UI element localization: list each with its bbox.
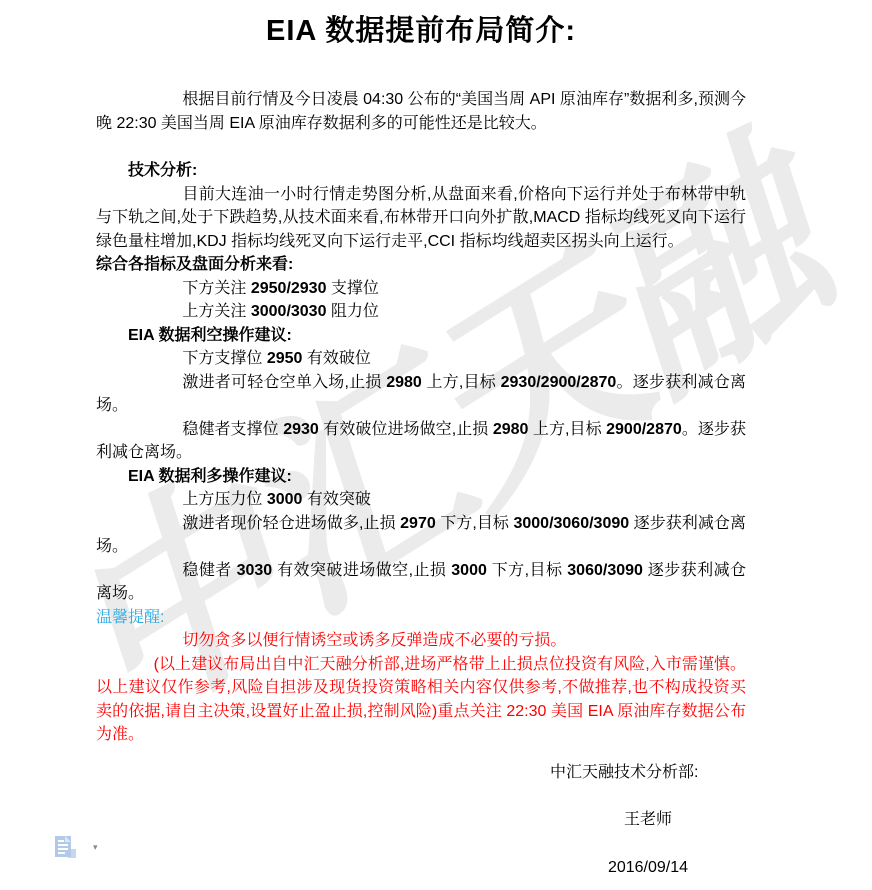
technical-analysis-paragraph: 目前大连油一小时行情走势图分析,从盘面来看,价格向下运行并处于布林带中轨与下轨之…	[96, 183, 746, 254]
bullish-conservative-advice: 稳健者 3030 有效突破进场做空,止损 3000 下方,目标 3060/309…	[96, 559, 746, 606]
paste-options-button[interactable]: ▾	[55, 836, 98, 865]
resistance-level-line: 上方关注 3000/3030 阻力位	[96, 300, 746, 324]
support-level-line: 下方关注 2950/2930 支撑位	[96, 277, 746, 301]
bullish-breakout-line: 上方压力位 3000 有效突破	[96, 488, 746, 512]
document-content: EIA 数据提前布局简介: 根据目前行情及今日凌晨 04:30 公布的“美国当周…	[96, 6, 746, 879]
section-heading-bullish: EIA 数据利多操作建议:	[96, 465, 746, 489]
paste-options-dropdown-icon[interactable]: ▾	[93, 843, 98, 852]
section-heading-technical: 技术分析:	[96, 159, 746, 183]
bearish-aggressive-advice: 激进者可轻仓空单入场,止损 2980 上方,目标 2930/2900/2870。…	[96, 371, 746, 418]
bullish-aggressive-advice: 激进者现价轻仓进场做多,止损 2970 下方,目标 3000/3060/3090…	[96, 512, 746, 559]
section-heading-bearish: EIA 数据利空操作建议:	[96, 324, 746, 348]
signature-block: 中汇天融技术分析部: 王老师 2016/09/14	[550, 761, 746, 880]
page-title: EIA 数据提前布局简介:	[96, 10, 746, 52]
department-signature: 中汇天融技术分析部:	[550, 761, 746, 785]
intro-paragraph: 根据目前行情及今日凌晨 04:30 公布的“美国当周 API 原油库存”数据利多…	[96, 88, 746, 135]
reminder-warning-line: 切勿贪多以便行情诱空或诱多反弹造成不必要的亏损。	[96, 629, 746, 653]
author-name: 王老师	[550, 808, 746, 832]
risk-disclaimer-paragraph: (以上建议布局出自中汇天融分析部,进场严格带上止损点位投资有风险,入市需谨慎。以…	[96, 653, 746, 747]
bearish-breakdown-line: 下方支撑位 2950 有效破位	[96, 347, 746, 371]
paste-clipboard-icon	[55, 836, 76, 865]
bearish-conservative-advice: 稳健者支撑位 2930 有效破位进场做空,止损 2980 上方,目标 2900/…	[96, 418, 746, 465]
reminder-heading: 温馨提醒:	[96, 606, 746, 630]
section-heading-summary: 综合各指标及盘面分析来看:	[96, 253, 746, 277]
document-page: 中汇天融 EIA 数据提前布局简介: 根据目前行情及今日凌晨 04:30 公布的…	[0, 0, 872, 890]
document-date: 2016/09/14	[550, 856, 746, 880]
